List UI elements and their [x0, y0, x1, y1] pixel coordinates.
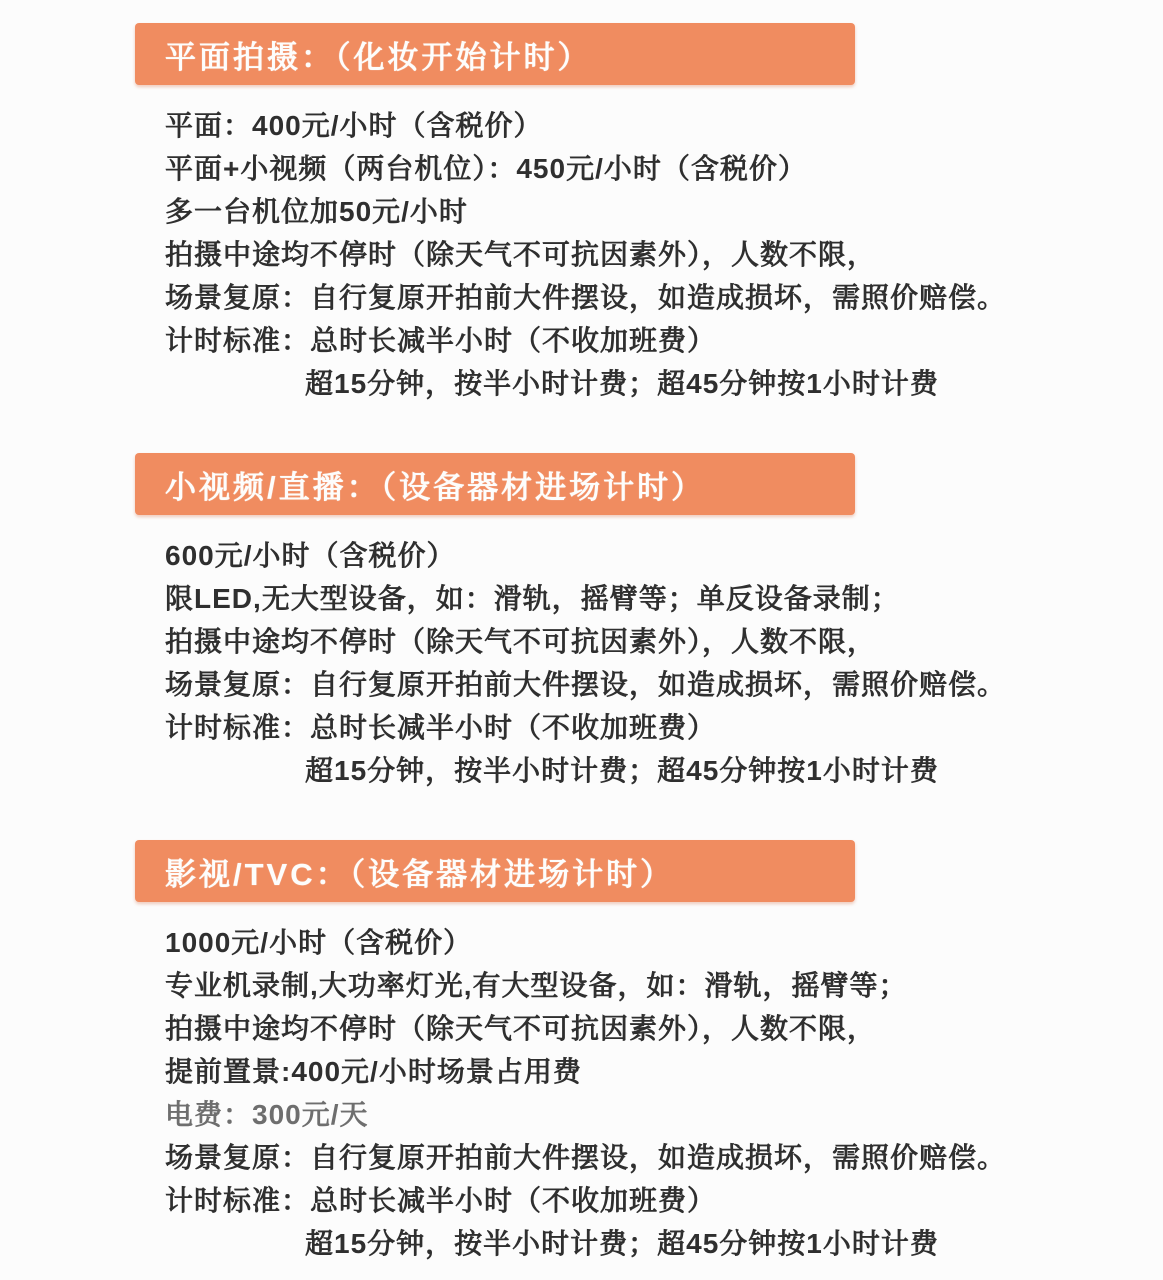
- policy-line: 计时标准：总时长减半小时（不收加班费）: [165, 1179, 1163, 1222]
- section-title: 小视频/直播：（设备器材进场计时）: [165, 462, 705, 507]
- section-short-video-live: 小视频/直播：（设备器材进场计时） 600元/小时（含税价） 限LED,无大型设…: [0, 453, 1163, 792]
- policy-line: 限LED,无大型设备，如：滑轨，摇臂等；单反设备录制；: [165, 577, 1163, 620]
- price-line: 多一台机位加50元/小时: [165, 190, 1163, 233]
- policy-line: 拍摄中途均不停时（除天气不可抗因素外），人数不限，: [165, 1007, 1163, 1050]
- policy-line: 场景复原：自行复原开拍前大件摆设，如造成损坏，需照价赔偿。: [165, 663, 1163, 706]
- policy-line: 计时标准：总时长减半小时（不收加班费）: [165, 706, 1163, 749]
- section-title: 平面拍摄：（化妆开始计时）: [165, 32, 592, 77]
- policy-line-continued: 超15分钟，按半小时计费；超45分钟按1小时计费: [165, 1222, 1163, 1265]
- policy-line: 场景复原：自行复原开拍前大件摆设，如造成损坏，需照价赔偿。: [165, 276, 1163, 319]
- policy-line: 专业机录制,大功率灯光,有大型设备，如：滑轨，摇臂等；: [165, 964, 1163, 1007]
- policy-line: 拍摄中途均不停时（除天气不可抗因素外），人数不限，: [165, 233, 1163, 276]
- price-line: 平面+小视频（两台机位）：450元/小时（含税价）: [165, 147, 1163, 190]
- policy-line-continued: 超15分钟，按半小时计费；超45分钟按1小时计费: [165, 362, 1163, 405]
- price-line: 提前置景:400元/小时场景占用费: [165, 1050, 1163, 1093]
- policy-line: 场景复原：自行复原开拍前大件摆设，如造成损坏，需照价赔偿。: [165, 1136, 1163, 1179]
- section-header-bar: 影视/TVC：（设备器材进场计时）: [135, 840, 855, 902]
- pricing-content: 平面拍摄：（化妆开始计时） 平面：400元/小时（含税价） 平面+小视频（两台机…: [0, 0, 1163, 1265]
- price-line: 1000元/小时（含税价）: [165, 921, 1163, 964]
- section-body: 600元/小时（含税价） 限LED,无大型设备，如：滑轨，摇臂等；单反设备录制；…: [165, 534, 1163, 792]
- pricing-sheet: 平面拍摄：（化妆开始计时） 平面：400元/小时（含税价） 平面+小视频（两台机…: [0, 0, 1163, 1280]
- section-flat-photography: 平面拍摄：（化妆开始计时） 平面：400元/小时（含税价） 平面+小视频（两台机…: [0, 23, 1163, 405]
- policy-line-continued: 超15分钟，按半小时计费；超45分钟按1小时计费: [165, 749, 1163, 792]
- section-film-tvc: 影视/TVC：（设备器材进场计时） 1000元/小时（含税价） 专业机录制,大功…: [0, 840, 1163, 1265]
- section-title: 影视/TVC：（设备器材进场计时）: [165, 849, 674, 894]
- section-header-bar: 平面拍摄：（化妆开始计时）: [135, 23, 855, 85]
- electricity-fee-line: 电费：300元/天: [165, 1093, 1163, 1136]
- price-line: 600元/小时（含税价）: [165, 534, 1163, 577]
- section-body: 平面：400元/小时（含税价） 平面+小视频（两台机位）：450元/小时（含税价…: [165, 104, 1163, 405]
- section-header-bar: 小视频/直播：（设备器材进场计时）: [135, 453, 855, 515]
- policy-line: 拍摄中途均不停时（除天气不可抗因素外），人数不限，: [165, 620, 1163, 663]
- policy-line: 计时标准：总时长减半小时（不收加班费）: [165, 319, 1163, 362]
- price-line: 平面：400元/小时（含税价）: [165, 104, 1163, 147]
- section-body: 1000元/小时（含税价） 专业机录制,大功率灯光,有大型设备，如：滑轨，摇臂等…: [165, 921, 1163, 1265]
